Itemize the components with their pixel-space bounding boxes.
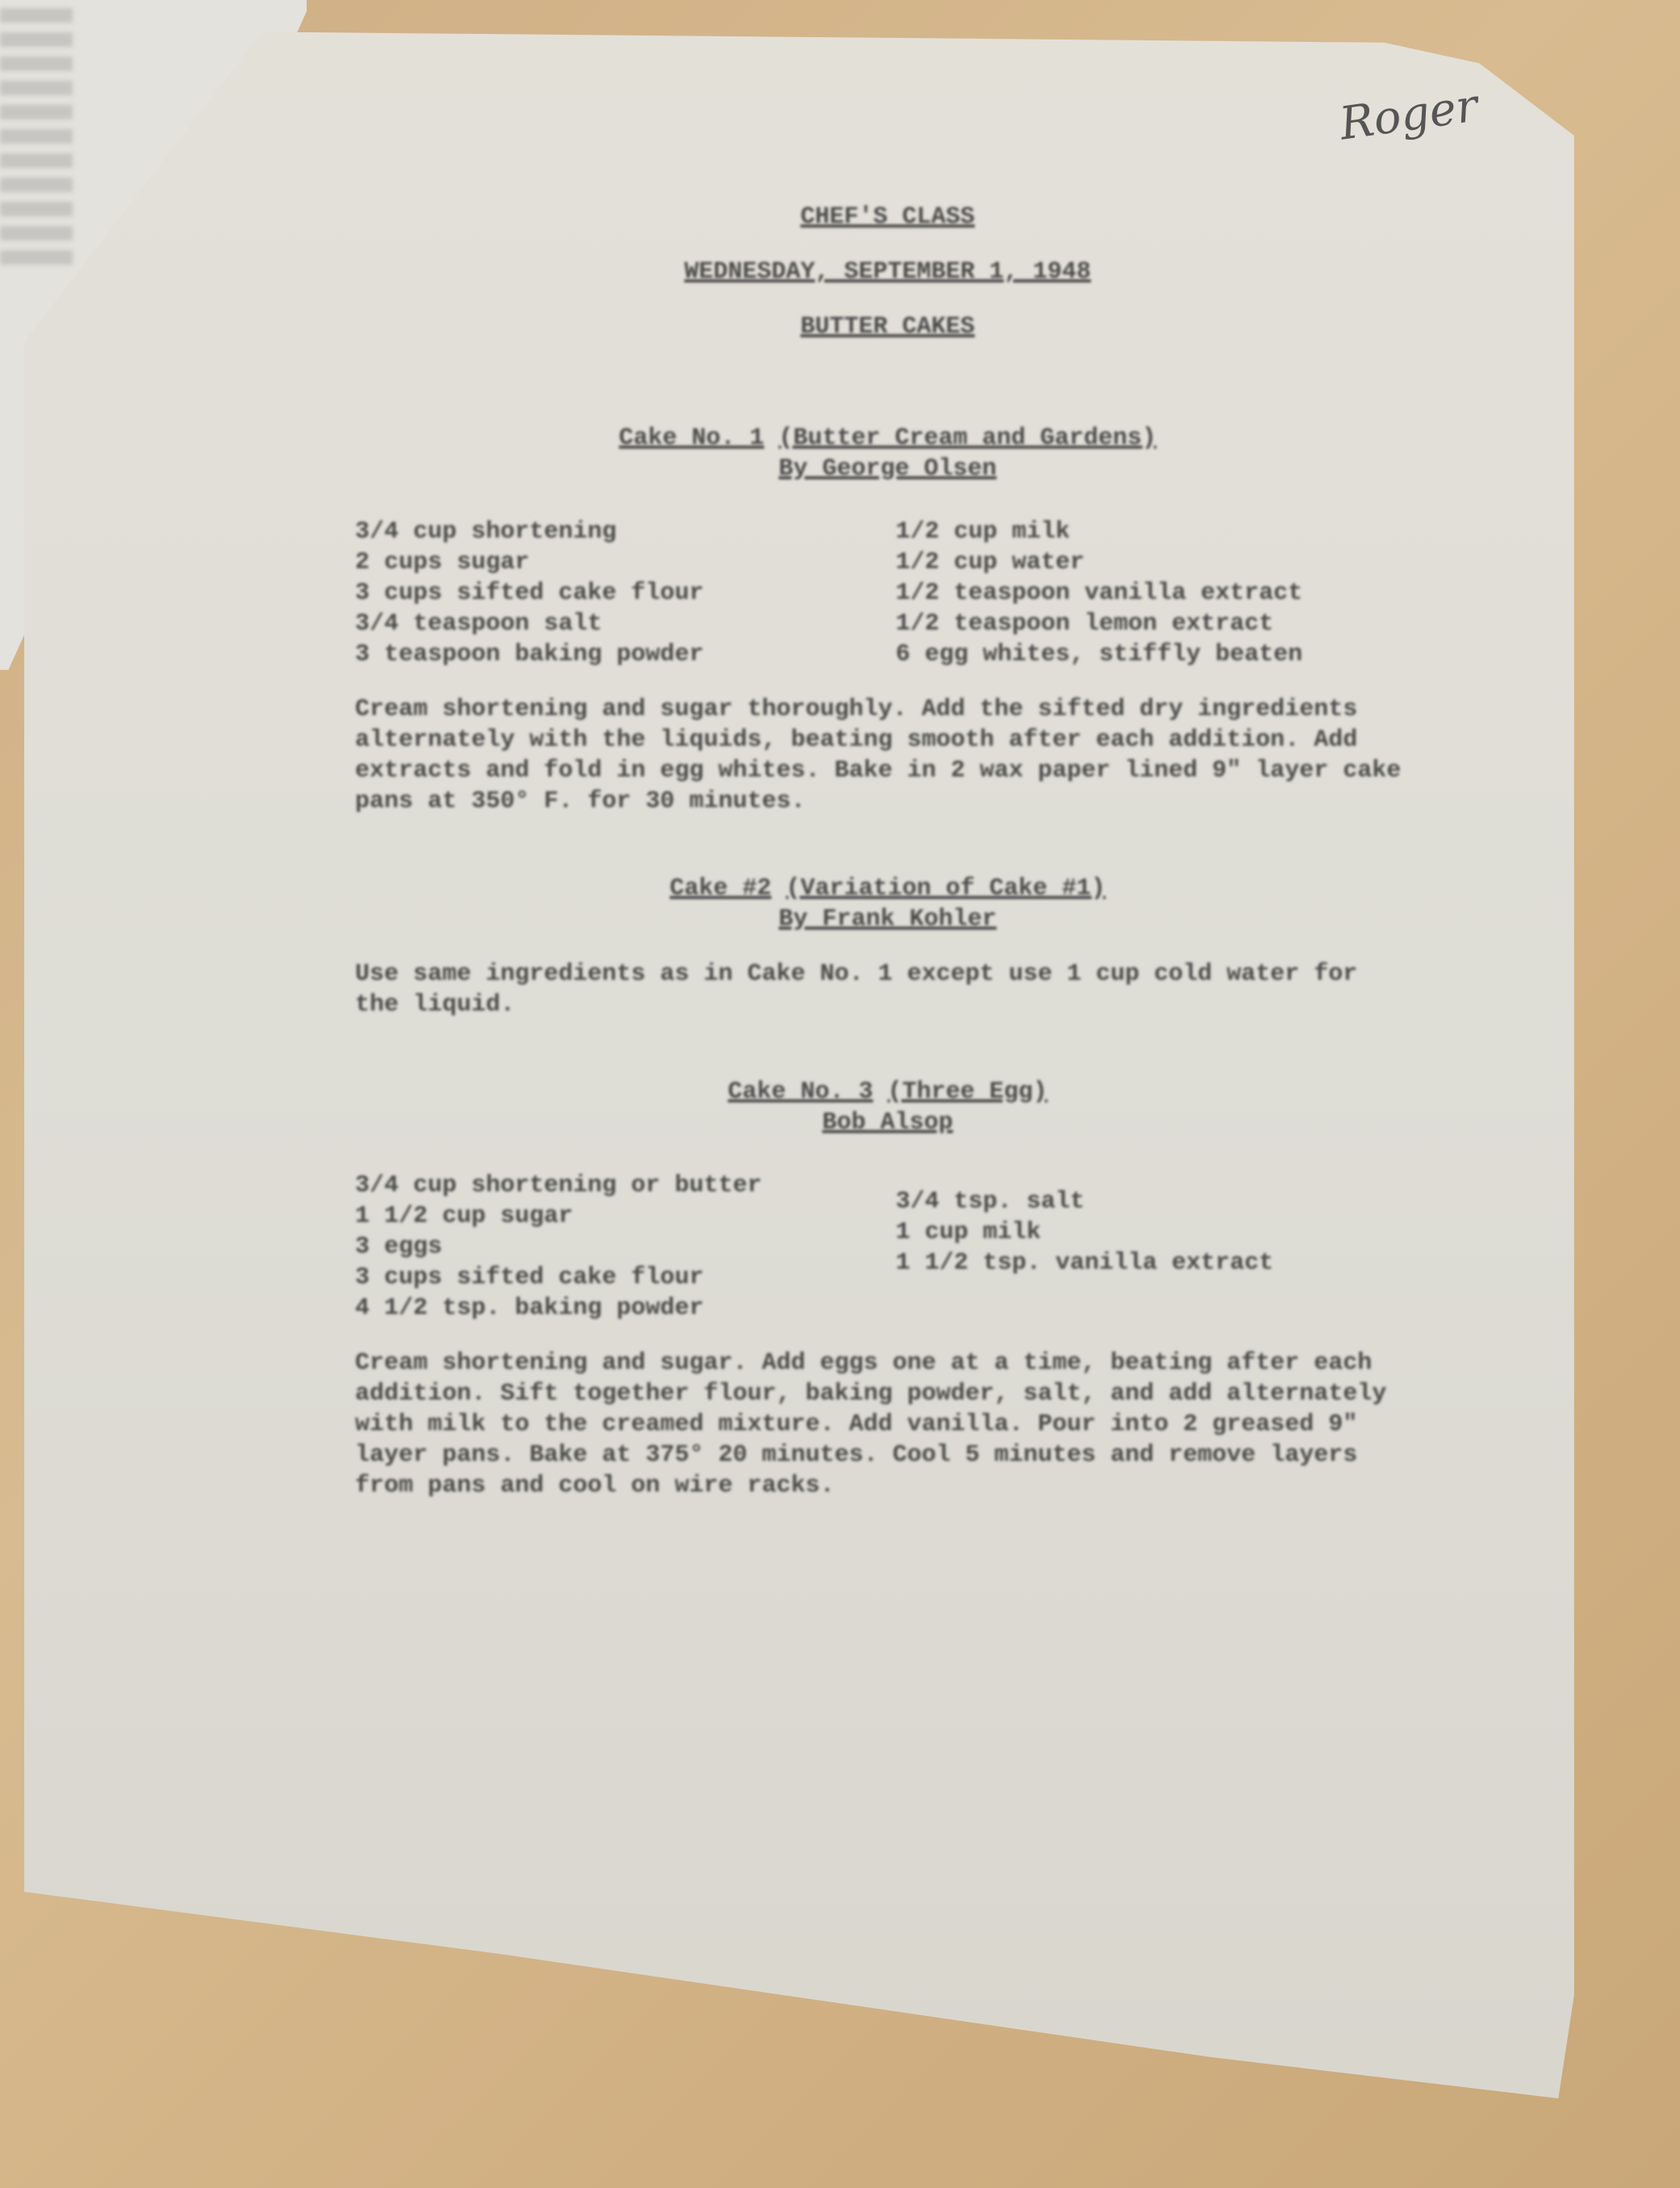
recipe-title: Cake #2: [670, 875, 771, 902]
recipe-content: CHEF'S CLASS WEDNESDAY, SEPTEMBER 1, 194…: [339, 202, 1436, 1501]
ingredient: 1/2 cup water: [896, 547, 1436, 578]
recipe-2-heading: Cake #2 (Variation of Cake #1): [339, 873, 1436, 904]
ingredient: 3/4 tsp. salt: [896, 1186, 1436, 1217]
ingredients-left: 3/4 cup shortening or butter 1 1/2 cup s…: [355, 1170, 896, 1324]
recipe-1-heading: Cake No. 1 (Butter Cream and Gardens): [339, 423, 1436, 454]
recipe-subtitle: (Three Egg): [888, 1078, 1047, 1106]
recipe-3-heading: Cake No. 3 (Three Egg): [339, 1077, 1436, 1107]
ingredient: 3/4 cup shortening: [355, 517, 896, 547]
ingredient: 4 1/2 tsp. baking powder: [355, 1293, 896, 1324]
ingredient: 1 1/2 tsp. vanilla extract: [896, 1248, 1436, 1278]
ingredient: 3/4 teaspoon salt: [355, 609, 896, 639]
ingredients-3: 3/4 cup shortening or butter 1 1/2 cup s…: [355, 1170, 1436, 1324]
ingredient: 1/2 teaspoon lemon extract: [896, 609, 1436, 639]
ingredient: 3 teaspoon baking powder: [355, 639, 896, 670]
recipe-title: Cake No. 3: [728, 1078, 873, 1106]
class-date: WEDNESDAY, SEPTEMBER 1, 1948: [339, 257, 1436, 287]
ingredient: 2 cups sugar: [355, 547, 896, 578]
ingredient: 3 eggs: [355, 1232, 896, 1262]
ingredient: 3 cups sifted cake flour: [355, 1262, 896, 1293]
ingredient: 1/2 teaspoon vanilla extract: [896, 578, 1436, 609]
ingredients-1: 3/4 cup shortening 2 cups sugar 3 cups s…: [355, 517, 1436, 670]
recipe-subtitle: (Butter Cream and Gardens): [779, 425, 1156, 452]
ingredient: 3 cups sifted cake flour: [355, 578, 896, 609]
ingredients-left: 3/4 cup shortening 2 cups sugar 3 cups s…: [355, 517, 896, 670]
class-topic: BUTTER CAKES: [339, 312, 1436, 342]
ingredient: 1/2 cup milk: [896, 517, 1436, 547]
ingredient: 6 egg whites, stiffly beaten: [896, 639, 1436, 670]
recipe-author: By Frank Kohler: [339, 904, 1436, 935]
ghost-text: [0, 8, 73, 274]
recipe-author: By George Olsen: [339, 454, 1436, 484]
ingredient: 1 1/2 cup sugar: [355, 1201, 896, 1232]
recipe-method: Cream shortening and sugar thoroughly. A…: [355, 694, 1404, 817]
ingredients-right: 3/4 tsp. salt 1 cup milk 1 1/2 tsp. vani…: [896, 1170, 1436, 1324]
ingredient: 1 cup milk: [896, 1217, 1436, 1248]
ingredient: 3/4 cup shortening or butter: [355, 1170, 896, 1201]
recipe-subtitle: (Variation of Cake #1): [786, 875, 1105, 902]
ingredients-right: 1/2 cup milk 1/2 cup water 1/2 teaspoon …: [896, 517, 1436, 670]
recipe-title: Cake No. 1: [619, 425, 764, 452]
recipe-method: Cream shortening and sugar. Add eggs one…: [355, 1348, 1404, 1501]
class-title: CHEF'S CLASS: [339, 202, 1436, 232]
recipe-method: Use same ingredients as in Cake No. 1 ex…: [355, 959, 1404, 1020]
recipe-author: Bob Alsop: [339, 1107, 1436, 1138]
